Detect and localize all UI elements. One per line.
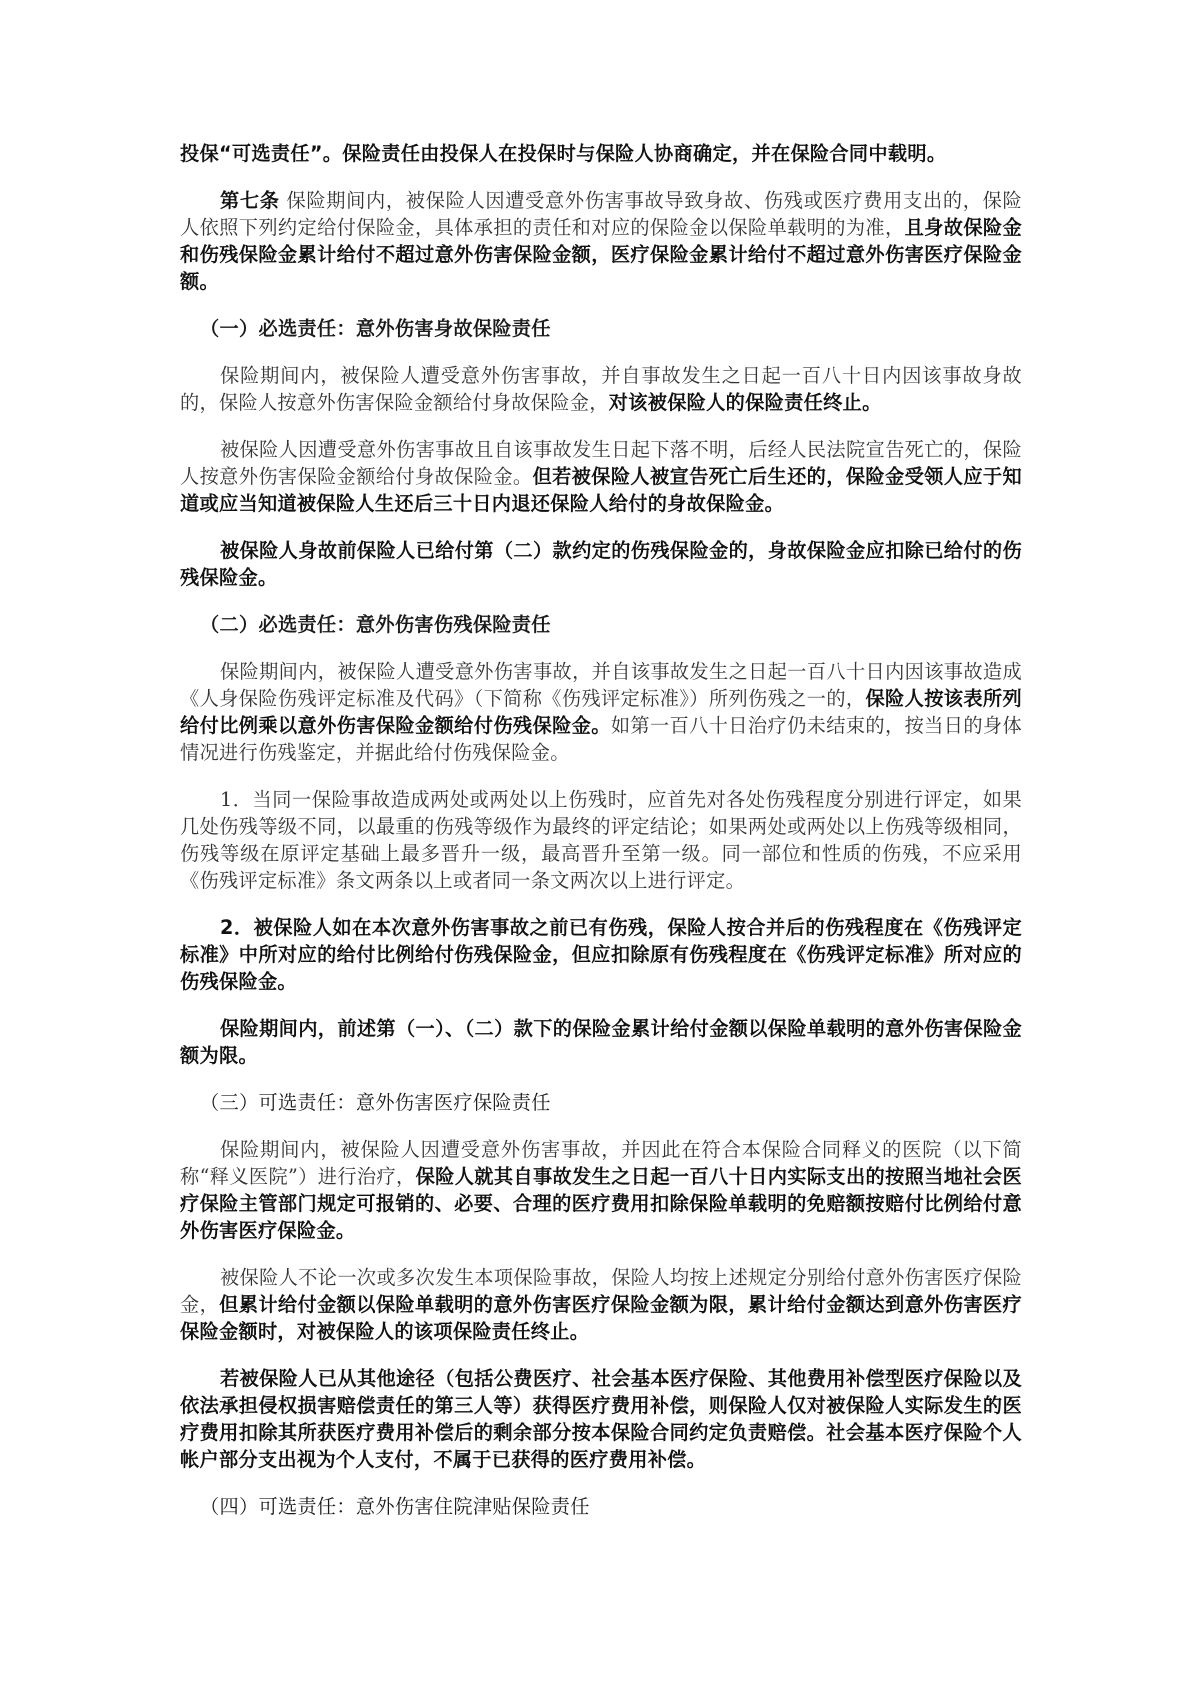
text-segment: 若被保险人已从其他途径（包括公费医疗、社会基本医疗保险、其他费用补偿型医疗保险以… xyxy=(180,1367,1022,1471)
text-segment: 1．当同一保险事故造成两处或两处以上伤残时，应首先对各处伤残程度分别进行评定，如… xyxy=(180,788,1022,892)
paragraph-cumulative-limit: 保险期间内，前述第（一）、（二）款下的保险金累计给付金额以保险单载明的意外伤害保… xyxy=(180,1015,1022,1069)
text-segment: 保险期间内，被保险人因遭受意外伤害事故导致身故、伤残或医疗费用支出的，保险人依照… xyxy=(180,189,1022,239)
section-heading-medical-liability: （三）可选责任：意外伤害医疗保险责任 xyxy=(180,1089,1022,1116)
text-segment: 保险期间内，被保险人遭受意外伤害事故，并自事故发生之日起一百八十日内因该事故身故… xyxy=(180,364,1022,414)
paragraph-deduct-disability: 被保险人身故前保险人已给付第（二）款约定的伤残保险金的，身故保险金应扣除已给付的… xyxy=(180,537,1022,591)
section-heading-disability-liability: （二）必选责任：意外伤害伤残保险责任 xyxy=(180,611,1022,638)
text-segment: 被保险人身故前保险人已给付第（二）款约定的伤残保险金的，身故保险金应扣除已给付的… xyxy=(180,539,1022,589)
text-segment: 但累计给付金额以保险单载明的意外伤害医疗保险金额为限，累计给付金额达到意外伤害医… xyxy=(180,1293,1022,1343)
paragraph-death-benefit: 保险期间内，被保险人遭受意外伤害事故，并自事故发生之日起一百八十日内因该事故身故… xyxy=(180,362,1022,416)
document-page: 投保“可选责任”。保险责任由投保人在投保时与保险人协商确定，并在保险合同中载明。… xyxy=(180,140,1022,1540)
paragraph-medical-benefit: 保险期间内，被保险人因遭受意外伤害事故，并因此在符合本保险合同释义的医院（以下简… xyxy=(180,1136,1022,1244)
text-segment: 对该被保险人的保险责任终止。 xyxy=(609,391,882,414)
section-heading-death-liability: （一）必选责任：意外伤害身故保险责任 xyxy=(180,315,1022,342)
paragraph-disability-benefit: 保险期间内，被保险人遭受意外伤害事故，并自该事故发生之日起一百八十日内因该事故造… xyxy=(180,658,1022,766)
paragraph-preexisting-disability: 2．被保险人如在本次意外伤害事故之前已有伤残，保险人按合并后的伤残程度在《伤残评… xyxy=(180,914,1022,995)
paragraph-medical-cumulative: 被保险人不论一次或多次发生本项保险事故，保险人均按上述规定分别给付意外伤害医疗保… xyxy=(180,1264,1022,1345)
article-number: 第七条 xyxy=(220,189,280,212)
paragraph-article-7: 第七条 保险期间内，被保险人因遭受意外伤害事故导致身故、伤残或医疗费用支出的，保… xyxy=(180,187,1022,295)
paragraph-multiple-disabilities: 1．当同一保险事故造成两处或两处以上伤残时，应首先对各处伤残程度分别进行评定，如… xyxy=(180,786,1022,894)
paragraph-optional-liability-intro: 投保“可选责任”。保险责任由投保人在投保时与保险人协商确定，并在保险合同中载明。 xyxy=(180,140,1022,167)
paragraph-missing-declared-dead: 被保险人因遭受意外伤害事故且自该事故发生日起下落不明，后经人民法院宣告死亡的，保… xyxy=(180,436,1022,517)
text-segment: 2．被保险人如在本次意外伤害事故之前已有伤残，保险人按合并后的伤残程度在《伤残评… xyxy=(180,916,1022,993)
text-segment: 投保“可选责任”。保险责任由投保人在投保时与保险人协商确定，并在保险合同中载明。 xyxy=(180,142,946,165)
section-heading-hospital-allowance: （四）可选责任：意外伤害住院津贴保险责任 xyxy=(180,1493,1022,1520)
text-segment: 保险期间内，前述第（一）、（二）款下的保险金累计给付金额以保险单载明的意外伤害保… xyxy=(180,1017,1022,1067)
paragraph-other-compensation: 若被保险人已从其他途径（包括公费医疗、社会基本医疗保险、其他费用补偿型医疗保险以… xyxy=(180,1365,1022,1473)
